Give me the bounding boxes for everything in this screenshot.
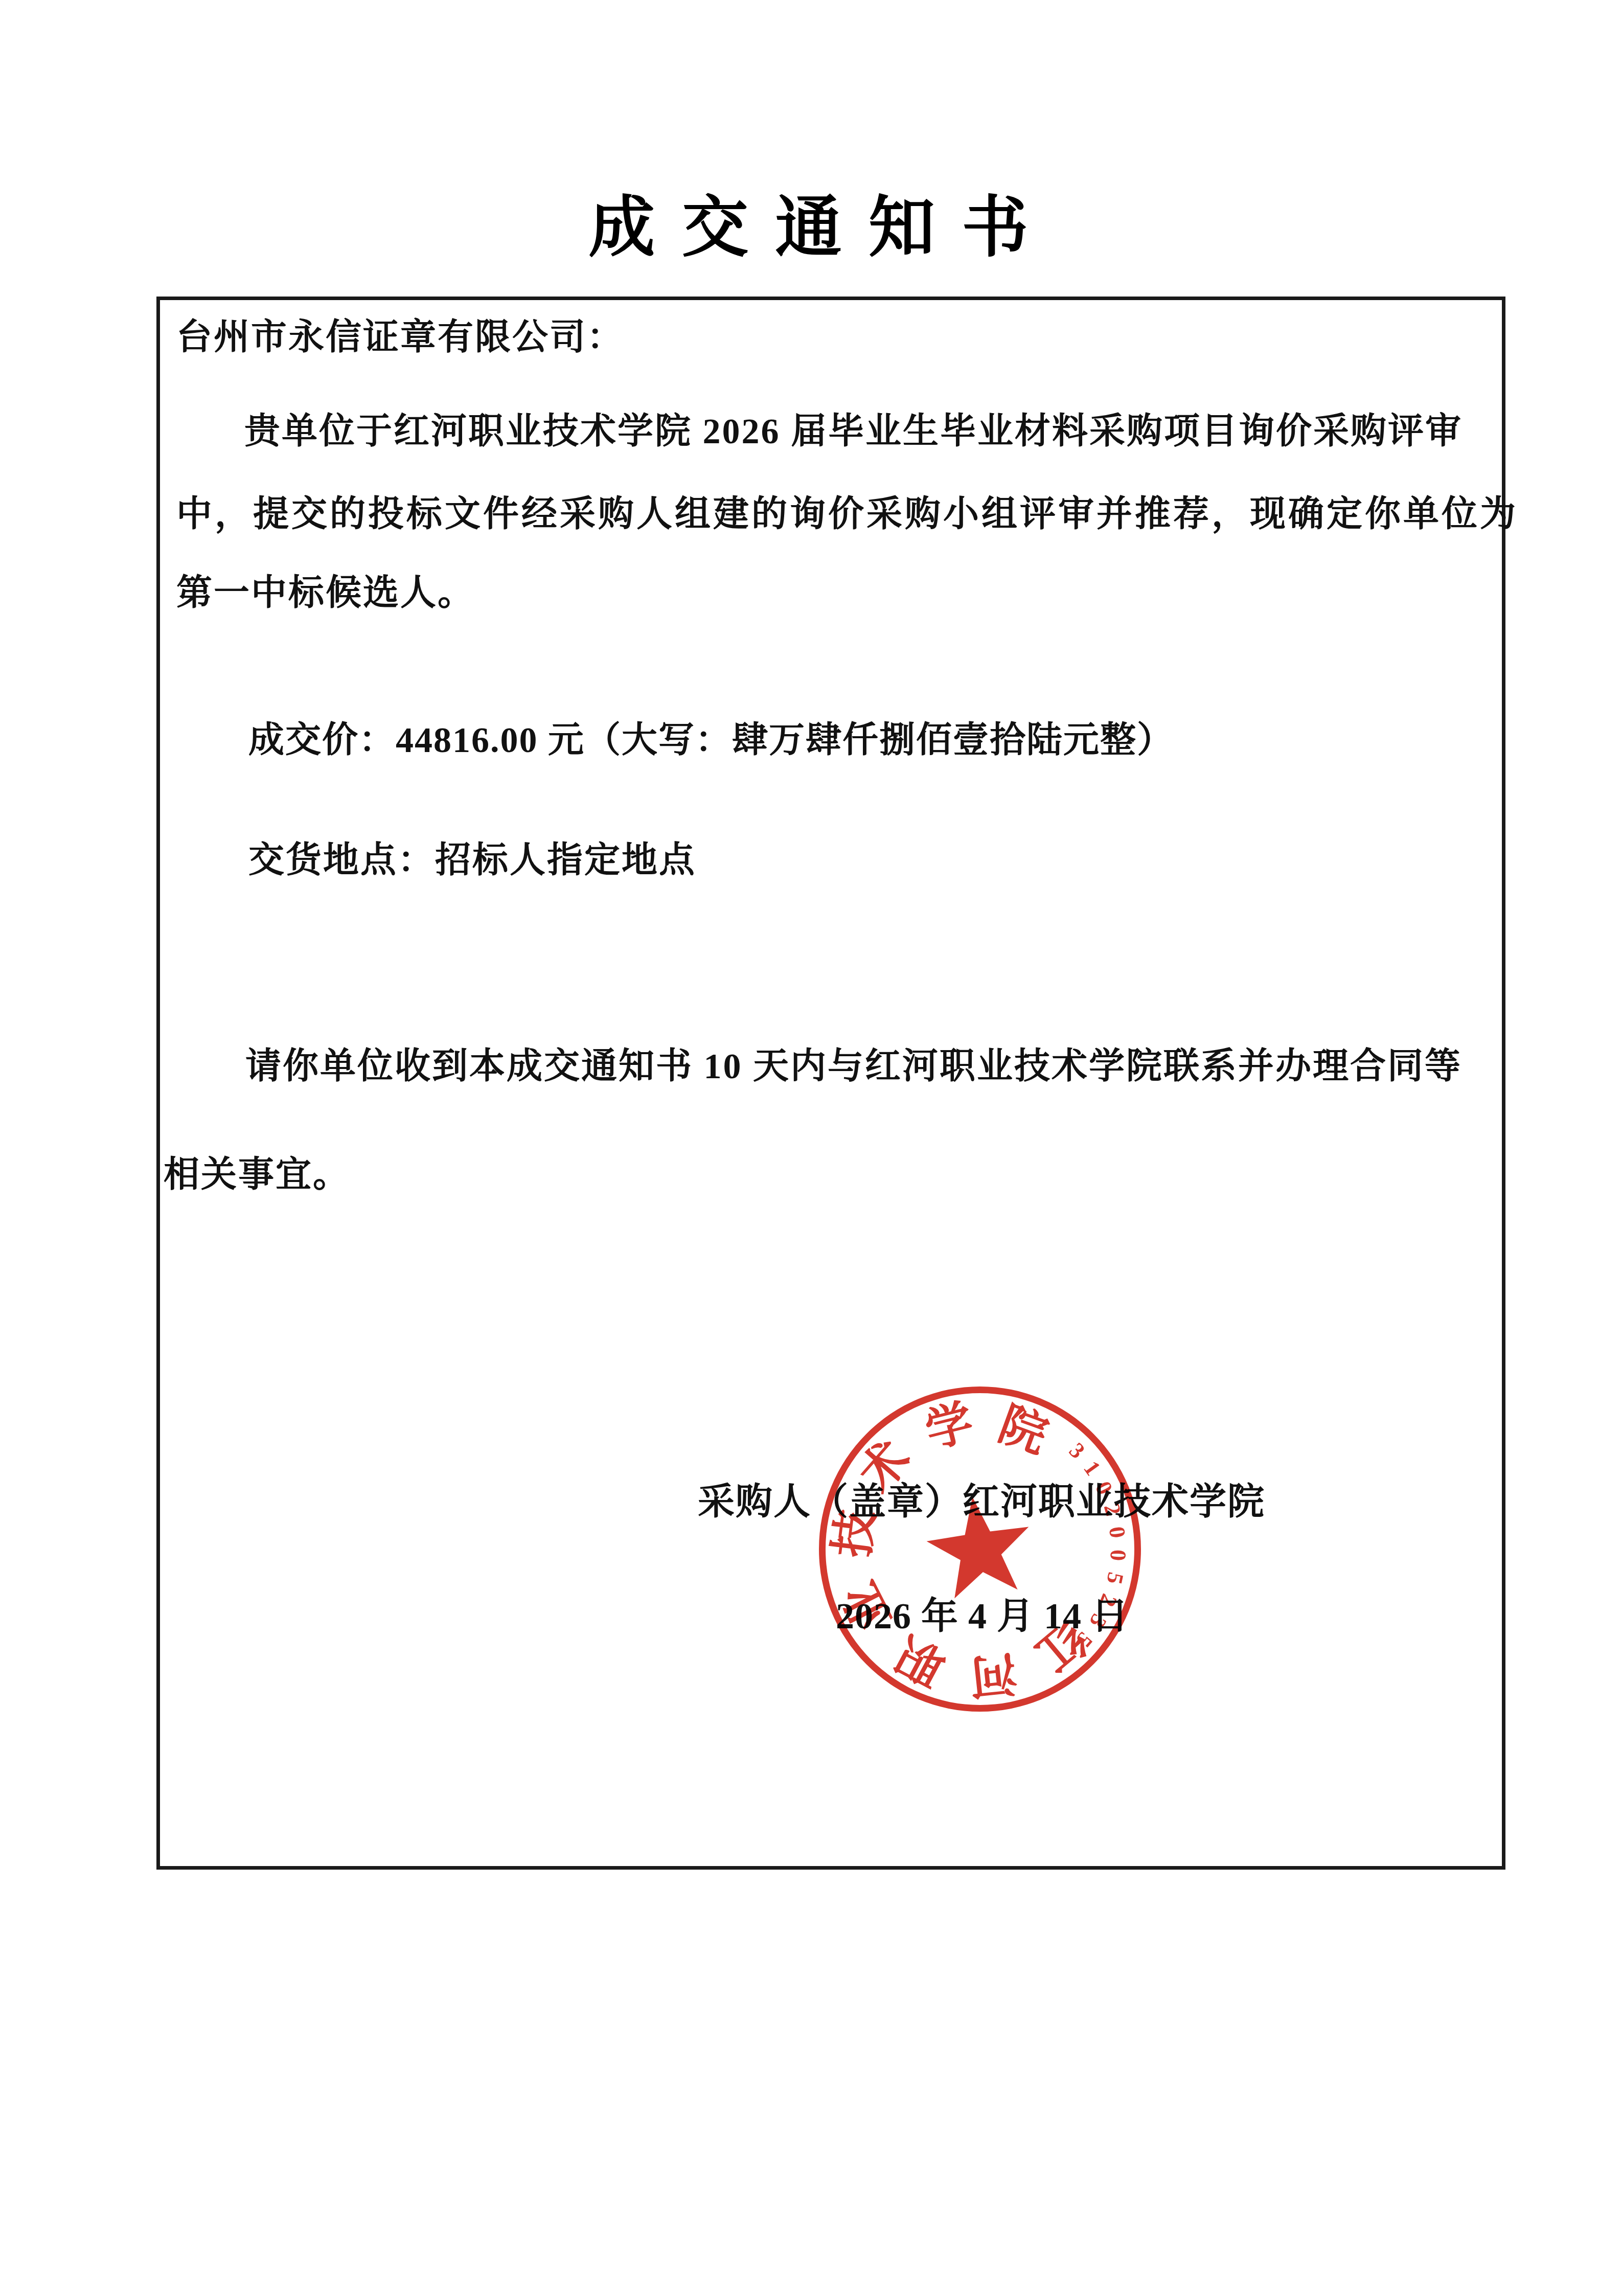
seal-star-icon bbox=[919, 1489, 1041, 1611]
paragraph1-line2: 中，提交的投标文件经采购人组建的询价采购小组评审并推荐，现确定你单位为 bbox=[176, 495, 1518, 534]
paragraph1-line1: 贵单位于红河职业技术学院 2026 届毕业生毕业材料采购项目询价采购评审 bbox=[244, 412, 1463, 451]
official-seal: 红 河 职 业 技 术 学 院 5 3 2 5 0 0 2 0 1 3 bbox=[819, 1386, 1141, 1712]
seal-char: 技 bbox=[829, 1508, 881, 1560]
delivery-line: 交货地点：招标人指定地点 bbox=[248, 841, 696, 880]
price-line: 成交价：44816.00 元（大写：肆万肆仟捌佰壹拾陆元整） bbox=[248, 721, 1174, 760]
paragraph2-line1: 请你单位收到本成交通知书 10 天内与红河职业技术学院联系并办理合同等 bbox=[245, 1047, 1462, 1086]
paragraph2-line2: 相关事宜。 bbox=[164, 1155, 350, 1195]
seal-serial-digit: 0 bbox=[1106, 1549, 1129, 1561]
page-title: 成 交 通 知 书 bbox=[0, 190, 1622, 267]
document-page: 成 交 通 知 书 台州市永信证章有限公司： 贵单位于红河职业技术学院 2026… bbox=[0, 0, 1622, 2296]
seal-char: 河 bbox=[967, 1649, 1019, 1700]
paragraph1-line3: 第一中标候选人。 bbox=[176, 574, 475, 613]
recipient-line: 台州市永信证章有限公司： bbox=[176, 318, 624, 357]
